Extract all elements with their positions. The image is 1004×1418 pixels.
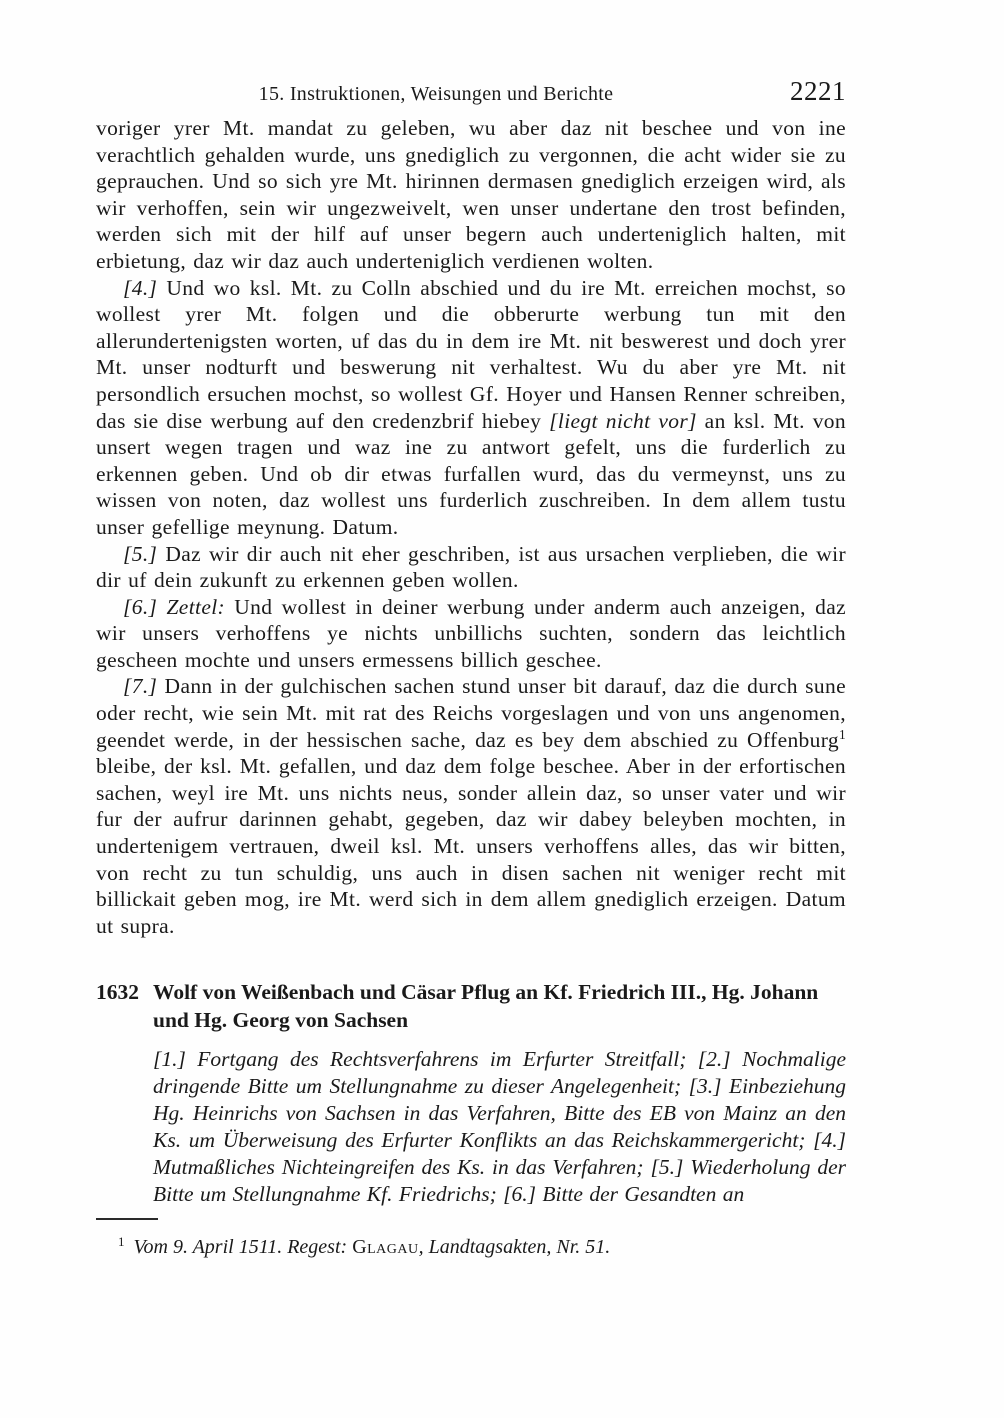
footnote-text: Vom 9. April 1511. Regest: Glagau, Landt…	[134, 1236, 611, 1258]
footnote-marker: 1	[118, 1234, 125, 1249]
paragraph-5: [5.] Daz wir dir auch nit eher geschribe…	[96, 541, 846, 594]
entry-number: 1632	[96, 979, 153, 1034]
running-head: 15. Instruktionen, Weisungen und Bericht…	[96, 76, 846, 110]
running-head-title: 15. Instruktionen, Weisungen und Bericht…	[96, 83, 776, 106]
page-number: 2221	[790, 76, 846, 107]
entry-summary: [1.] Fortgang des Rechtsverfahrens im Er…	[153, 1046, 846, 1208]
entry-1632: 1632 Wolf von Weißenbach und Cäsar Pflug…	[96, 979, 846, 1208]
entry-title: Wolf von Weißenbach und Cäsar Pflug an K…	[153, 979, 846, 1034]
entry-heading: 1632 Wolf von Weißenbach und Cäsar Pflug…	[96, 979, 846, 1034]
paragraph-4: [4.] Und wo ksl. Mt. zu Colln abschied u…	[96, 275, 846, 541]
body-text: voriger yrer Mt. mandat zu geleben, wu a…	[96, 115, 846, 939]
footnote-divider	[96, 1218, 158, 1220]
paragraph-7: [7.] Dann in der gulchischen sachen stun…	[96, 673, 846, 939]
paragraph-continuation: voriger yrer Mt. mandat zu geleben, wu a…	[96, 115, 846, 275]
book-page: 15. Instruktionen, Weisungen und Bericht…	[0, 0, 1004, 1418]
footnote: 1Vom 9. April 1511. Regest: Glagau, Land…	[96, 1229, 846, 1260]
paragraph-6: [6.] Zettel: Und wollest in deiner werbu…	[96, 594, 846, 674]
